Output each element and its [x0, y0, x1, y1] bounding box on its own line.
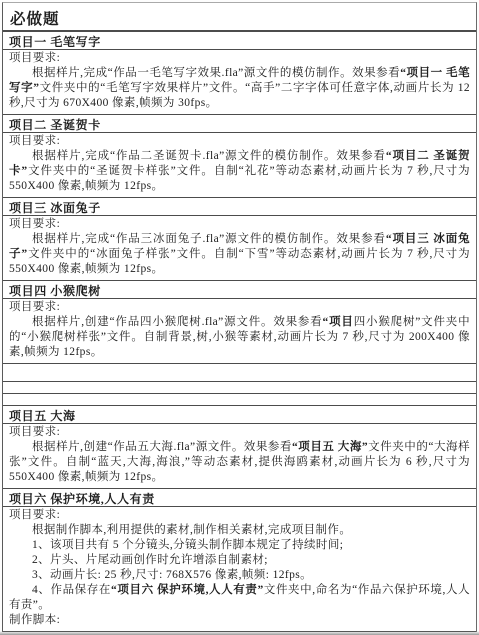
- requirement-item-1: 1、该项目共有 5 个分镜头,分镜头制作脚本规定了持续时间;: [9, 538, 470, 553]
- requirement-paragraph: 根据样片,完成“作品一毛笔写字效果.fla”源文件的模仿制作。效果参看“项目一 …: [9, 66, 470, 111]
- section-header-project-2: 项目二 圣诞贺卡: [3, 115, 476, 133]
- requirements-label: 项目要求:: [9, 425, 470, 440]
- section-header-label: 项目三 冰面兔子: [9, 201, 101, 215]
- requirement-paragraph: 根据样片,创建“作品四小猴爬树.fla”源文件。效果参看“项目四小猴爬树”文件夹…: [9, 315, 470, 360]
- requirement-item-4: 4、作品保存在“项目六 保护环境,人人有责”文件夹中,命名为“作品六保护环境,人…: [9, 583, 470, 613]
- requirements-label: 项目要求:: [9, 217, 470, 232]
- page-title-text: 必做题: [10, 11, 60, 28]
- section-content-project-2: 项目要求: 根据样片,完成“作品二圣诞贺卡.fla”源文件的模仿制作。效果参看“…: [3, 133, 476, 198]
- section-header-project-4: 项目四 小猴爬树: [3, 281, 476, 299]
- section-content-project-6: 项目要求: 根据制作脚本,利用提供的素材,制作相关素材,完成项目制作。 1、该项…: [3, 507, 476, 632]
- empty-row: [3, 364, 476, 382]
- requirement-item-2: 2、片头、片尾动画创作时允许增添自制素材;: [9, 553, 470, 568]
- requirements-label: 项目要求:: [9, 300, 470, 315]
- scan-edge-artifact: [0, 631, 479, 635]
- section-content-project-4: 项目要求: 根据样片,创建“作品四小猴爬树.fla”源文件。效果参看“项目四小猴…: [3, 299, 476, 364]
- section-header-project-6: 项目六 保护环境,人人有责: [3, 489, 476, 507]
- section-content-project-3: 项目要求: 根据样片,完成“作品三冰面兔子.fla”源文件的模仿制作。效果参看“…: [3, 216, 476, 281]
- section-content-project-1: 项目要求: 根据样片,完成“作品一毛笔写字效果.fla”源文件的模仿制作。效果参…: [3, 50, 476, 115]
- requirement-paragraph: 根据样片,创建“作品五大海.fla”源文件。效果参看“项目五 大海”文件夹中的“…: [9, 440, 470, 485]
- section-header-label: 项目五 大海: [9, 409, 76, 423]
- requirement-paragraph: 根据样片,完成“作品三冰面兔子.fla”源文件的模仿制作。效果参看“项目三 冰面…: [9, 232, 470, 277]
- empty-row: [3, 382, 476, 394]
- empty-row: [3, 394, 476, 406]
- requirements-label: 项目要求:: [9, 51, 470, 66]
- requirements-label: 项目要求:: [9, 134, 470, 149]
- section-header-label: 项目四 小猴爬树: [9, 284, 101, 298]
- requirements-label: 项目要求:: [9, 508, 470, 523]
- section-header-label: 项目二 圣诞贺卡: [9, 118, 101, 132]
- section-content-project-5: 项目要求: 根据样片,创建“作品五大海.fla”源文件。效果参看“项目五 大海”…: [3, 424, 476, 489]
- script-label: 制作脚本:: [9, 613, 470, 628]
- document-page: 必做题 项目一 毛笔写字 项目要求: 根据样片,完成“作品一毛笔写字效果.fla…: [0, 0, 479, 635]
- section-header-project-1: 项目一 毛笔写字: [3, 32, 476, 50]
- section-header-project-5: 项目五 大海: [3, 406, 476, 424]
- requirement-paragraph: 根据样片,完成“作品二圣诞贺卡.fla”源文件的模仿制作。效果参看“项目二 圣诞…: [9, 149, 470, 194]
- section-header-label: 项目六 保护环境,人人有责: [9, 492, 155, 506]
- assignments-table: 必做题 项目一 毛笔写字 项目要求: 根据样片,完成“作品一毛笔写字效果.fla…: [2, 2, 477, 632]
- section-header-label: 项目一 毛笔写字: [9, 35, 101, 49]
- page-title: 必做题: [3, 3, 476, 32]
- requirement-item-3: 3、动画片长: 25 秒,尺寸: 768X576 像素,帧频: 12fps。: [9, 568, 470, 583]
- section-header-project-3: 项目三 冰面兔子: [3, 198, 476, 216]
- requirement-intro: 根据制作脚本,利用提供的素材,制作相关素材,完成项目制作。: [9, 523, 470, 538]
